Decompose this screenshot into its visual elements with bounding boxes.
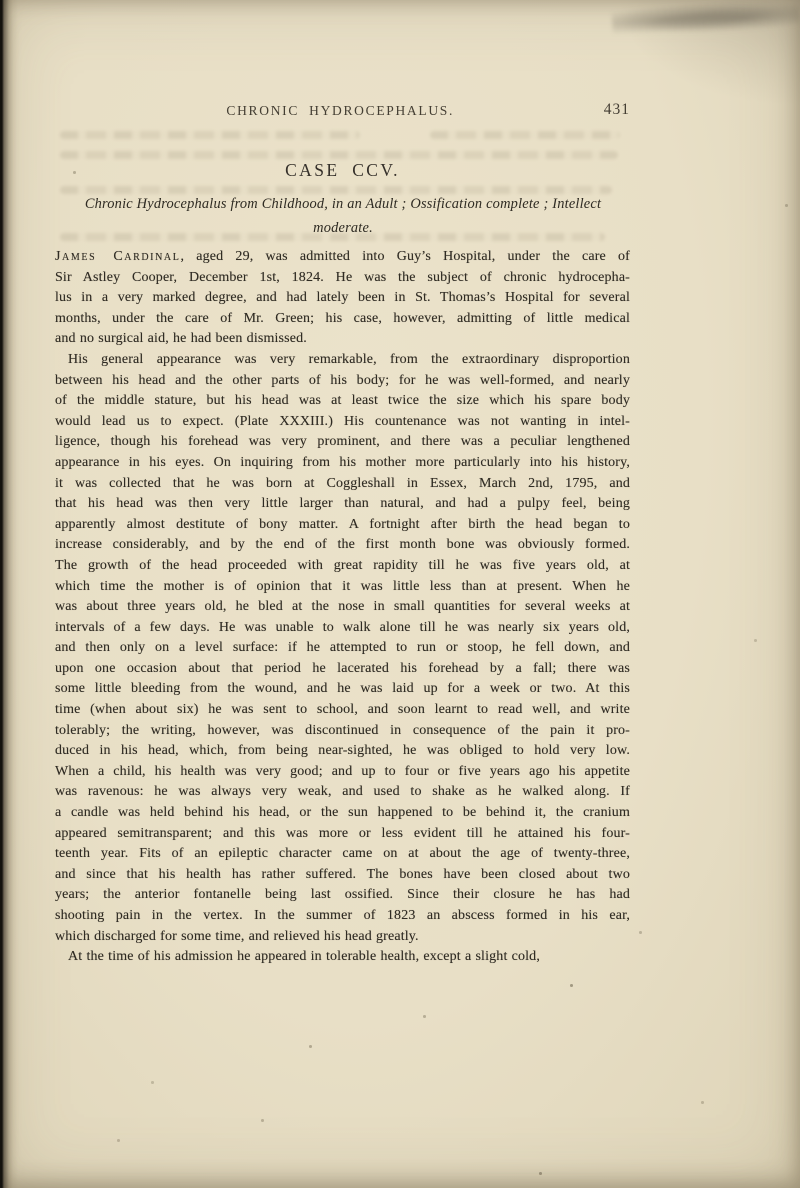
text-line: shooting pain in the vertex. In the summ… (55, 906, 630, 927)
text-line: years; the anterior fontanelle being las… (55, 885, 630, 906)
binding-shadow (0, 0, 18, 1188)
text-line: appearance in his eyes. On inquiring fro… (55, 453, 630, 474)
patient-name-smallcaps: James Cardinal (55, 249, 180, 264)
case-subtitle-line-2: moderate. (43, 217, 643, 241)
text-line: lus in a very marked degree, and had lat… (55, 288, 630, 309)
text-line: it was collected that he was born at Cog… (55, 474, 630, 495)
text-line: increase considerably, and by the end of… (55, 535, 630, 556)
page-number: 431 (604, 101, 630, 119)
text-line: James Cardinal, aged 29, was admitted in… (55, 247, 630, 268)
running-header: CHRONIC HYDROCEPHALUS. 431 (55, 103, 630, 123)
text-line: was ravenous: he was always very weak, a… (55, 782, 630, 803)
text-line: which time the mother is of opinion that… (55, 577, 630, 598)
text-line: between his head and the other parts of … (55, 371, 630, 392)
text-line: that his head was then very little large… (55, 494, 630, 515)
case-heading: CASE CCV. (55, 160, 630, 181)
text-line: tolerably; the writing, however, was dis… (55, 721, 630, 742)
text-line: teenth year. Fits of an epileptic charac… (55, 844, 630, 865)
text-line: and since that his health has rather suf… (55, 865, 630, 886)
text-line: was about three years old, he bled at th… (55, 597, 630, 618)
text-line: appeared semitransparent; and this was m… (55, 824, 630, 845)
text-line: intervals of a few days. He was unable t… (55, 618, 630, 639)
case-subtitle-line-1: Chronic Hydrocephalus from Childhood, in… (43, 193, 643, 217)
showthrough-streak (430, 131, 620, 139)
text-line: would lead us to expect. (Plate XXXIII.)… (55, 412, 630, 433)
text-line: months, under the care of Mr. Green; his… (55, 309, 630, 330)
text-line: time (when about six) he was sent to sch… (55, 700, 630, 721)
text-line: Sir Astley Cooper, December 1st, 1824. H… (55, 268, 630, 289)
text-line: a candle was held behind his head, or th… (55, 803, 630, 824)
text-line: some little bleeding from the wound, and… (55, 679, 630, 700)
text-line: The growth of the head proceeded with gr… (55, 556, 630, 577)
showthrough-streak (60, 151, 618, 159)
text-line: upon one occasion about that period he l… (55, 659, 630, 680)
text-line: When a child, his health was very good; … (55, 762, 630, 783)
case-subtitle: Chronic Hydrocephalus from Childhood, in… (43, 193, 643, 240)
text-line: and then only on a level surface: if he … (55, 638, 630, 659)
text-line: ligence, though his forehead was very pr… (55, 432, 630, 453)
text-line: and no surgical aid, he had been dismiss… (55, 329, 630, 350)
text-line: His general appearance was very remarkab… (55, 350, 630, 371)
text-line: apparently almost destitute of bony matt… (55, 515, 630, 536)
text-line: duced in his head, which, from being nea… (55, 741, 630, 762)
book-page: CHRONIC HYDROCEPHALUS. 431 CASE CCV. Chr… (0, 0, 800, 1188)
text-line: of the middle stature, but his head was … (55, 391, 630, 412)
case-body: James Cardinal, aged 29, was admitted in… (55, 247, 630, 968)
showthrough-streak (60, 131, 360, 139)
running-header-title: CHRONIC HYDROCEPHALUS. (226, 103, 454, 119)
text-line: which discharged for some time, and reli… (55, 927, 630, 948)
text-line: At the time of his admission he appeared… (55, 947, 630, 968)
